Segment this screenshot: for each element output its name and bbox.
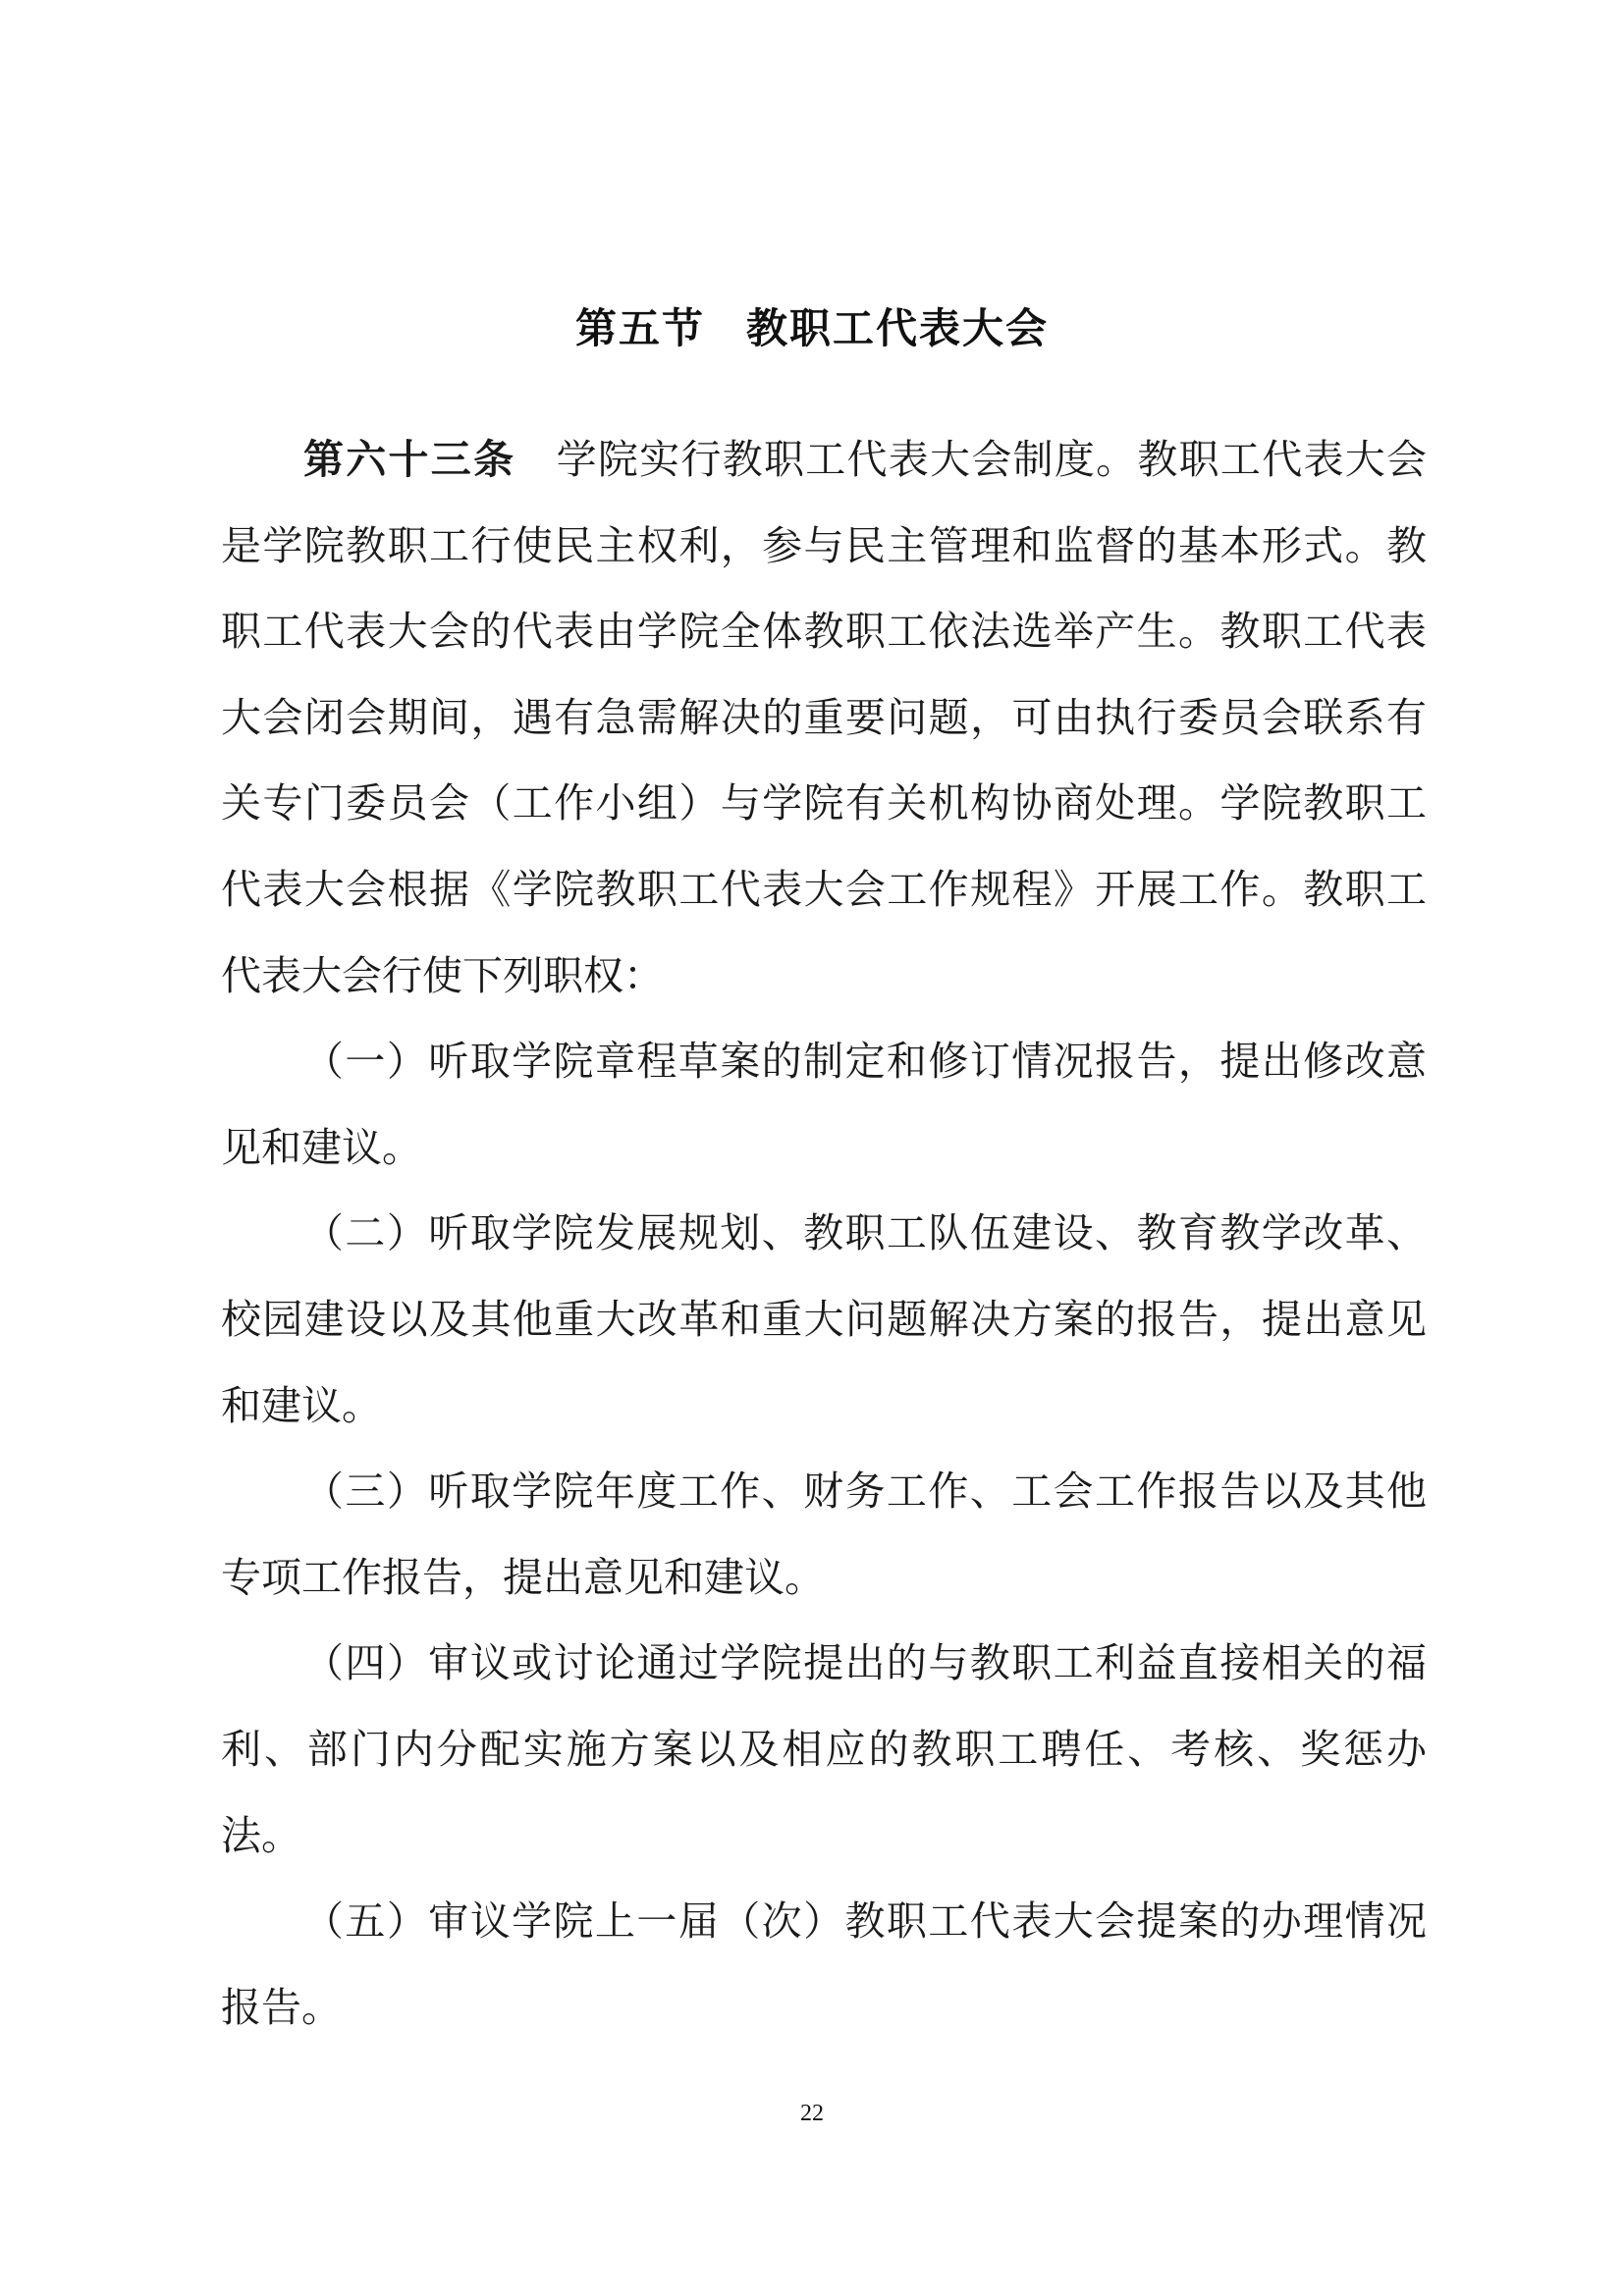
section-label: 第五节 [575, 304, 705, 352]
article-paragraph: 第六十三条学院实行教职工代表大会制度。教职工代表大会是学院教职工行使民主权利，参… [221, 417, 1427, 1019]
list-item: （五）审议学院上一届（次）教职工代表大会提案的办理情况报告。 [221, 1879, 1427, 2051]
item-marker: （一） [303, 1038, 428, 1085]
article-text: 学院实行教职工代表大会制度。教职工代表大会是学院教职工行使民主权利，参与民主管理… [221, 436, 1427, 999]
item-marker: （二） [303, 1209, 428, 1256]
section-heading: 第五节教职工代表大会 [0, 299, 1624, 358]
article-number: 第六十三条 [303, 436, 515, 483]
list-item: （四）审议或讨论通过学院提出的与教职工利益直接相关的福利、部门内分配实施方案以及… [221, 1621, 1427, 1879]
list-item: （二）听取学院发展规划、教职工队伍建设、教育教学改革、校园建设以及其他重大改革和… [221, 1191, 1427, 1449]
section-title: 教职工代表大会 [746, 304, 1049, 352]
item-marker: （五） [303, 1897, 428, 1945]
document-page: 第五节教职工代表大会 第六十三条学院实行教职工代表大会制度。教职工代表大会是学院… [0, 0, 1624, 2296]
item-marker: （四） [303, 1639, 428, 1686]
item-marker: （三） [303, 1468, 428, 1515]
list-item: （一）听取学院章程草案的制定和修订情况报告，提出修改意见和建议。 [221, 1019, 1427, 1191]
document-body: 第六十三条学院实行教职工代表大会制度。教职工代表大会是学院教职工行使民主权利，参… [221, 417, 1427, 2051]
page-number: 22 [0, 2101, 1624, 2127]
list-item: （三）听取学院年度工作、财务工作、工会工作报告以及其他专项工作报告，提出意见和建… [221, 1449, 1427, 1621]
